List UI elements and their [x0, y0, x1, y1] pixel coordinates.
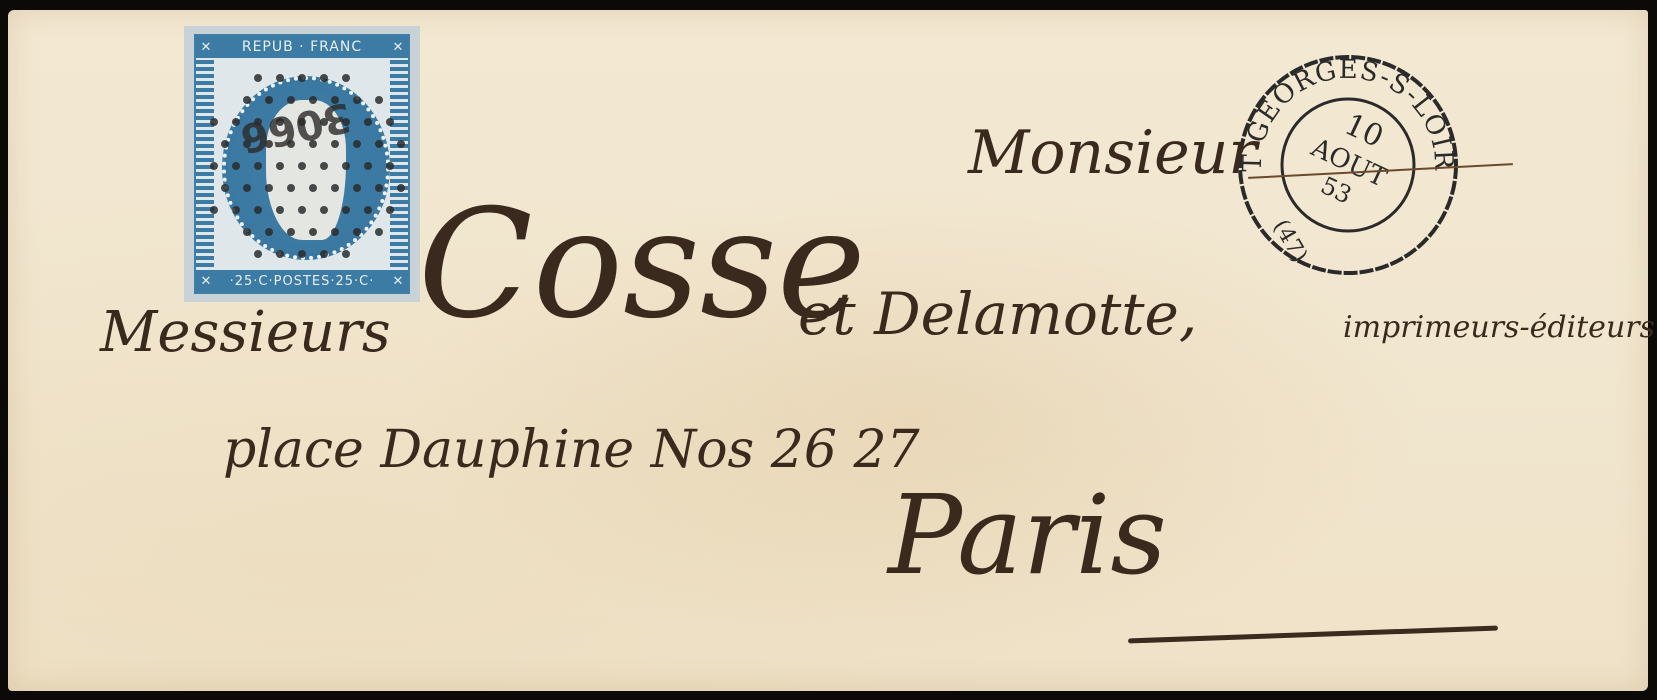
- envelope: REPUB · FRANC ✕ ✕ ·25·C·POSTES·25·C· ✕ ✕…: [8, 10, 1648, 691]
- postage-stamp: REPUB · FRANC ✕ ✕ ·25·C·POSTES·25·C· ✕ ✕: [184, 26, 420, 302]
- stamp-top-legend: REPUB · FRANC: [196, 36, 408, 58]
- stamp-frame: REPUB · FRANC ✕ ✕ ·25·C·POSTES·25·C· ✕ ✕: [194, 34, 410, 294]
- street-address: place Dauphine Nos 26 27: [223, 420, 920, 480]
- stamp-bottom-legend: ·25·C·POSTES·25·C·: [196, 270, 408, 292]
- stamp-border-pattern: [196, 60, 214, 268]
- date-postmark: ST GEORGES-S-LOIRE 10 AOUT 53 (47): [1233, 50, 1463, 280]
- stamp-corner-cross-icon: ✕: [388, 36, 408, 58]
- city-paris: Paris: [888, 480, 1167, 590]
- postmark-department: (47): [1268, 216, 1312, 268]
- salutation-messieurs: Messieurs: [100, 300, 391, 365]
- addressee-title: imprimeurs-éditeurs: [1343, 310, 1655, 345]
- stamp-corner-cross-icon: ✕: [196, 36, 216, 58]
- city-underline: [1128, 626, 1498, 644]
- addressee-name-delamotte: et Delamotte,: [798, 280, 1197, 348]
- salutation-monsieur: Monsieur: [968, 118, 1257, 188]
- stamp-border-pattern: [390, 60, 408, 268]
- stamp-corner-cross-icon: ✕: [196, 270, 216, 292]
- stamp-corner-cross-icon: ✕: [388, 270, 408, 292]
